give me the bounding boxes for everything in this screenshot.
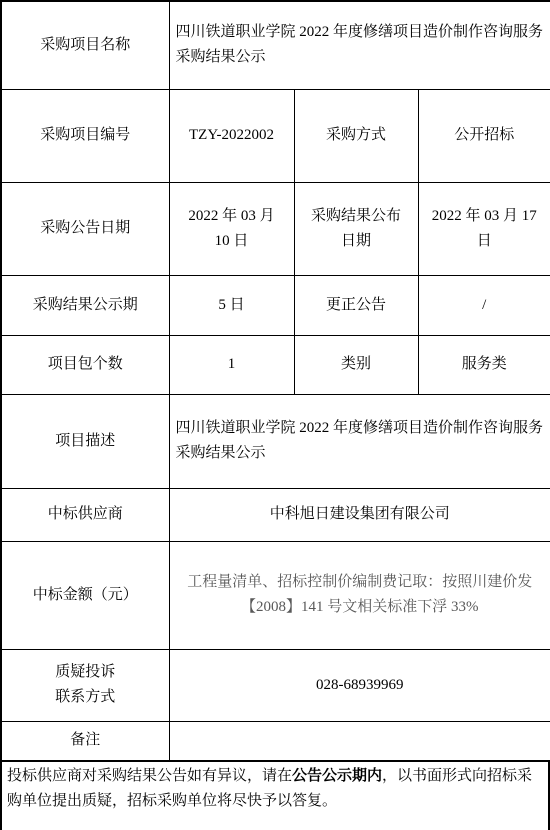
label-publicity-period: 采购结果公示期 bbox=[1, 275, 169, 335]
label-package-count: 项目包个数 bbox=[1, 335, 169, 394]
value-remarks bbox=[169, 721, 550, 761]
row-package-count: 项目包个数 1 类别 服务类 bbox=[1, 335, 550, 394]
objection-notice-paragraph: 投标供应商对采购结果公告如有异议，请在公告公示期内，以书面形式向招标采购单位提出… bbox=[0, 762, 550, 830]
label-project-description: 项目描述 bbox=[1, 394, 169, 488]
value-correction-notice: / bbox=[418, 275, 550, 335]
objection-notice-bold-period: 公告公示期内 bbox=[292, 768, 382, 784]
objection-notice-prefix: 投标供应商对采购结果公告如有异议，请在 bbox=[7, 768, 292, 784]
label-result-publish-date: 采购结果公布 日期 bbox=[294, 182, 418, 275]
value-publicity-period: 5 日 bbox=[169, 275, 294, 335]
value-announcement-date: 2022 年 03 月 10 日 bbox=[169, 182, 294, 275]
value-winning-amount: 工程量清单、招标控制价编制费记取：按照川建价发【2008】141 号文相关标准下… bbox=[169, 541, 550, 649]
row-winning-supplier: 中标供应商 中科旭日建设集团有限公司 bbox=[1, 488, 550, 541]
row-winning-amount: 中标金额（元） 工程量清单、招标控制价编制费记取：按照川建价发【2008】141… bbox=[1, 541, 550, 649]
value-result-publish-date: 2022 年 03 月 17 日 bbox=[418, 182, 550, 275]
label-correction-notice: 更正公告 bbox=[294, 275, 418, 335]
label-complaint-contact: 质疑投诉 联系方式 bbox=[1, 649, 169, 721]
procurement-result-announcement: 采购项目名称 四川铁道职业学院 2022 年度修缮项目造价制作咨询服务采购结果公… bbox=[0, 0, 550, 830]
label-winning-amount: 中标金额（元） bbox=[1, 541, 169, 649]
value-project-description: 四川铁道职业学院 2022 年度修缮项目造价制作咨询服务采购结果公示 bbox=[169, 394, 550, 488]
row-announcement-date: 采购公告日期 2022 年 03 月 10 日 采购结果公布 日期 2022 年… bbox=[1, 182, 550, 275]
label-procurement-method: 采购方式 bbox=[294, 89, 418, 182]
label-remarks: 备注 bbox=[1, 721, 169, 761]
value-package-count: 1 bbox=[169, 335, 294, 394]
row-publicity-period: 采购结果公示期 5 日 更正公告 / bbox=[1, 275, 550, 335]
row-complaint-contact: 质疑投诉 联系方式 028-68939969 bbox=[1, 649, 550, 721]
value-project-number: TZY-2022002 bbox=[169, 89, 294, 182]
value-project-name: 四川铁道职业学院 2022 年度修缮项目造价制作咨询服务采购结果公示 bbox=[169, 1, 550, 89]
label-project-name: 采购项目名称 bbox=[1, 1, 169, 89]
value-category: 服务类 bbox=[418, 335, 550, 394]
label-project-number: 采购项目编号 bbox=[1, 89, 169, 182]
value-complaint-contact: 028-68939969 bbox=[169, 649, 550, 721]
row-remarks: 备注 bbox=[1, 721, 550, 761]
value-procurement-method: 公开招标 bbox=[418, 89, 550, 182]
procurement-result-table: 采购项目名称 四川铁道职业学院 2022 年度修缮项目造价制作咨询服务采购结果公… bbox=[0, 0, 550, 762]
value-winning-supplier: 中科旭日建设集团有限公司 bbox=[169, 488, 550, 541]
row-project-description: 项目描述 四川铁道职业学院 2022 年度修缮项目造价制作咨询服务采购结果公示 bbox=[1, 394, 550, 488]
label-announcement-date: 采购公告日期 bbox=[1, 182, 169, 275]
row-project-number: 采购项目编号 TZY-2022002 采购方式 公开招标 bbox=[1, 89, 550, 182]
label-winning-supplier: 中标供应商 bbox=[1, 488, 169, 541]
row-project-name: 采购项目名称 四川铁道职业学院 2022 年度修缮项目造价制作咨询服务采购结果公… bbox=[1, 1, 550, 89]
label-category: 类别 bbox=[294, 335, 418, 394]
